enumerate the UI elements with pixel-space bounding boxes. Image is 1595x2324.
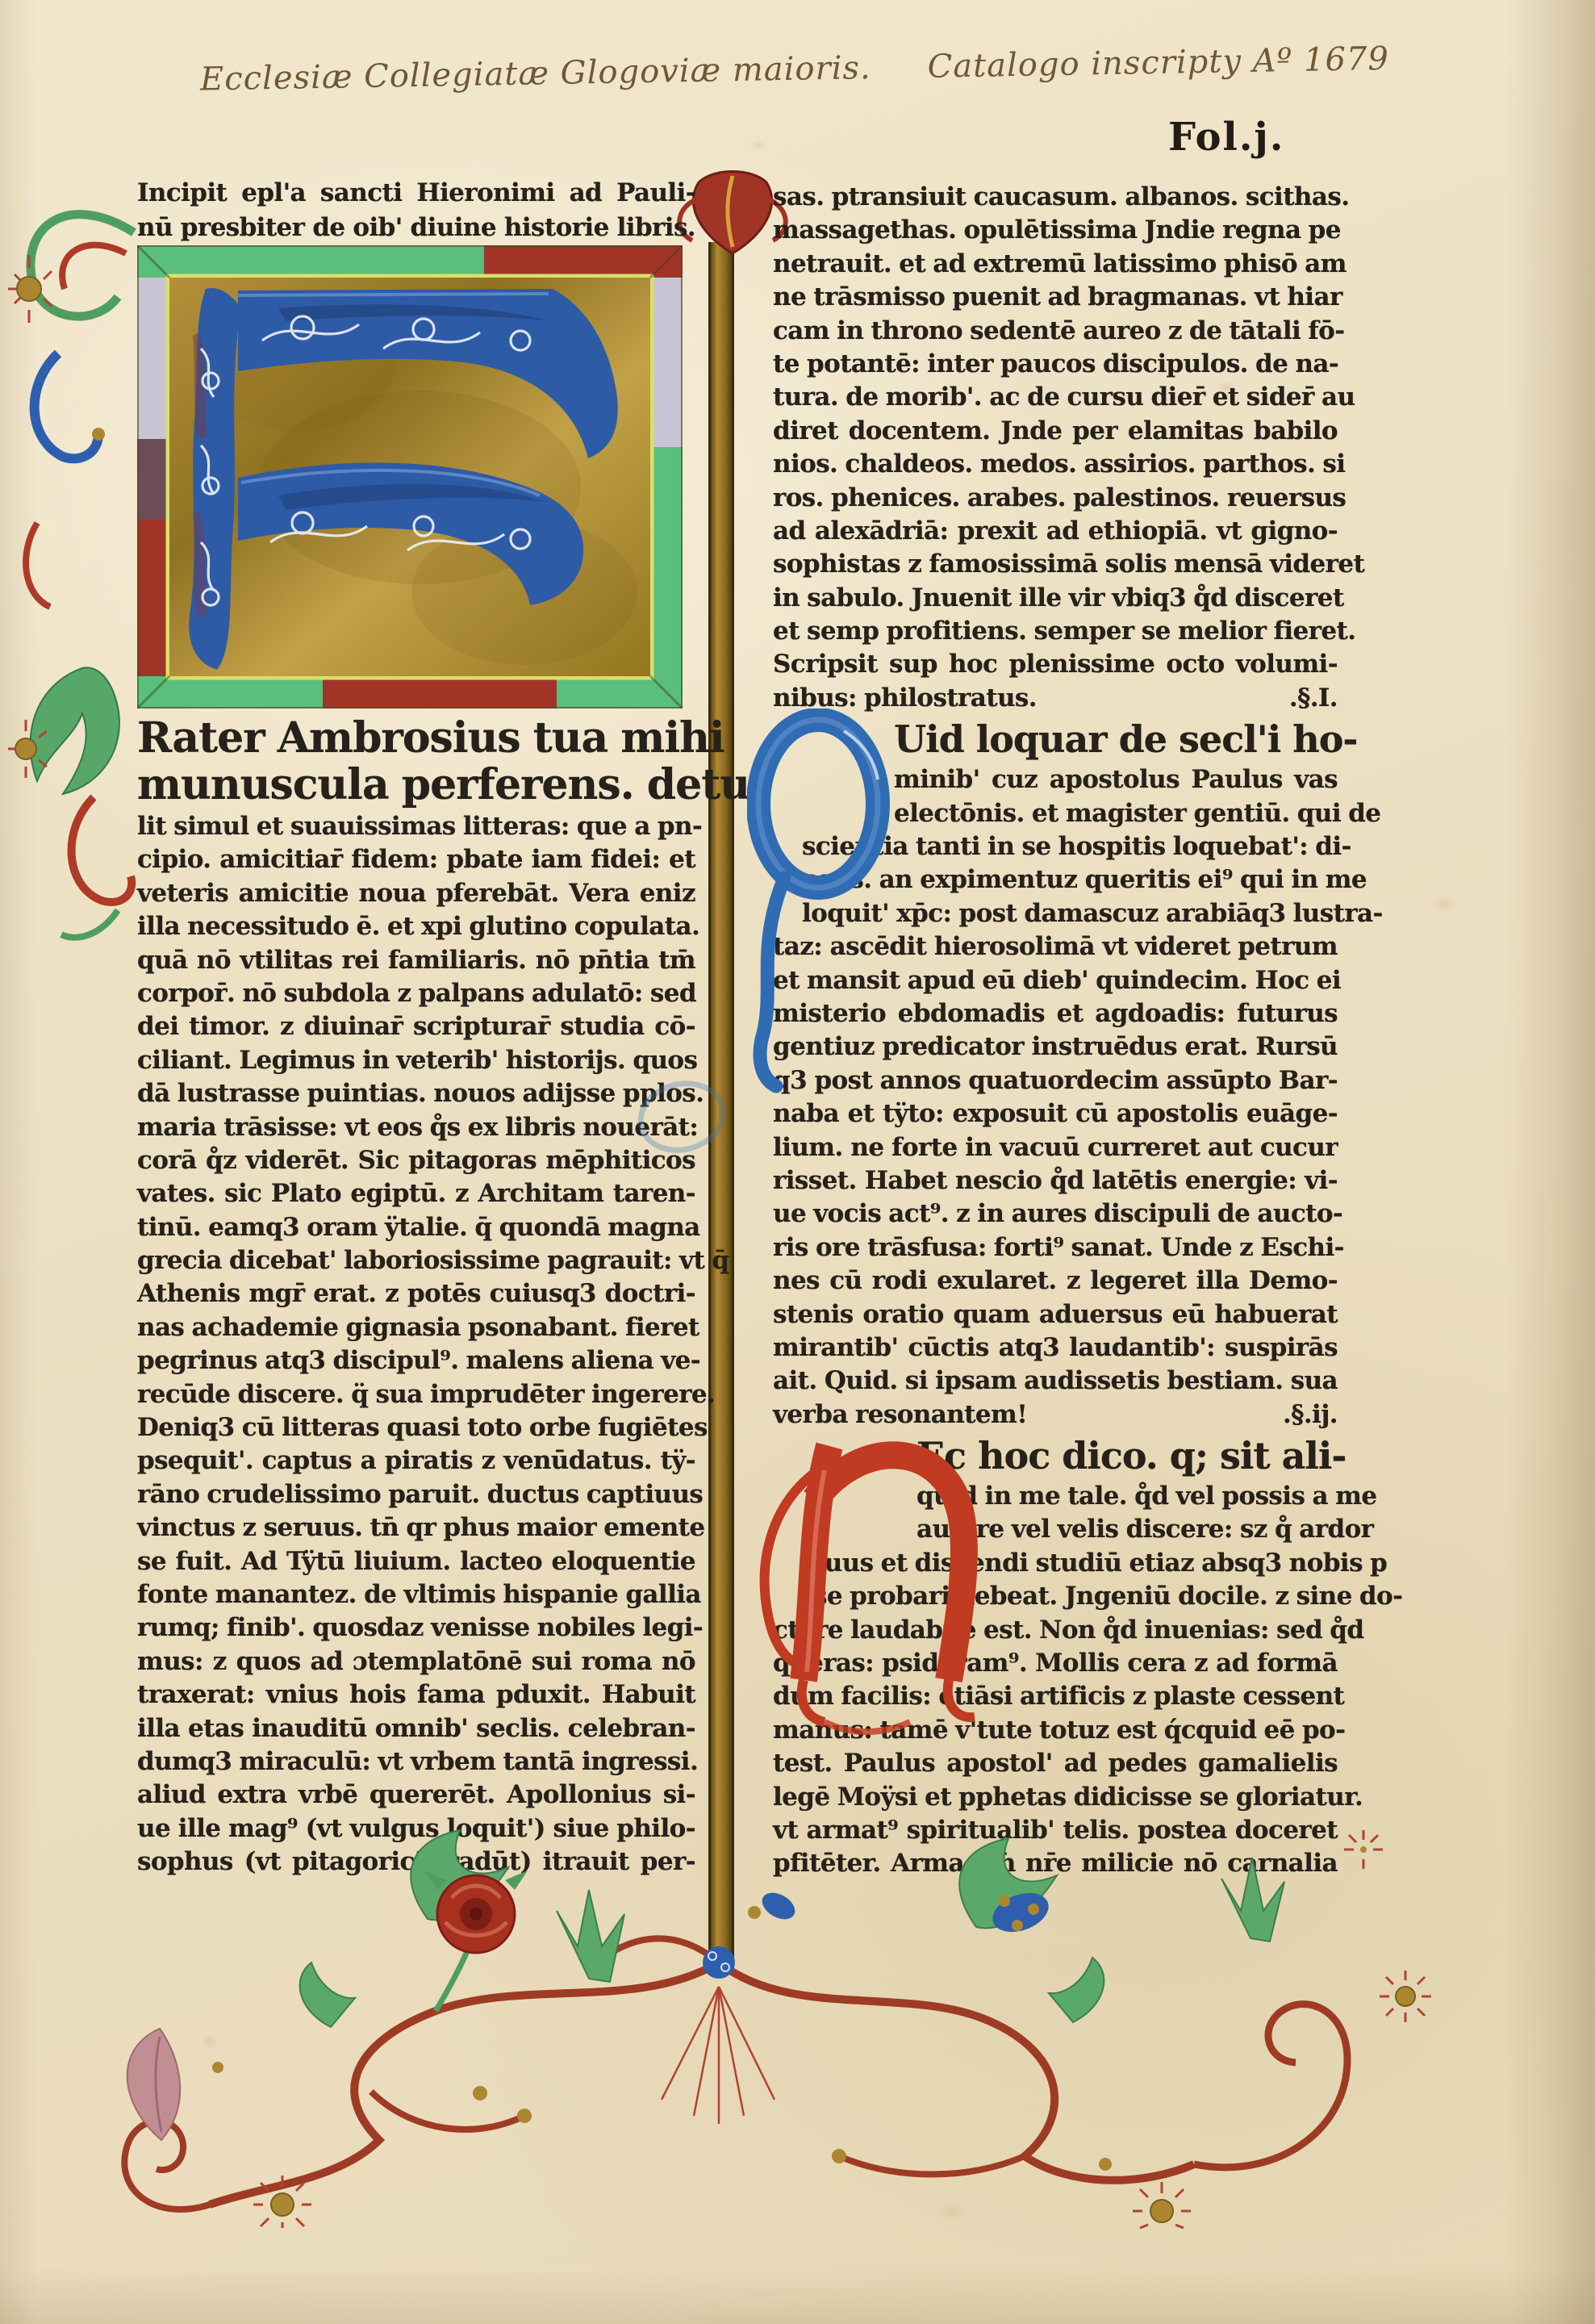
text-line: vates. sic Plato egiptū. z Architam tare… [137, 1177, 695, 1210]
left-text-column: Incipit epl'a sancti Hieronimi ad Pauli-… [137, 176, 695, 1879]
right-text-column: sas. ptransiuit caucasum. albanos. scith… [773, 179, 1338, 1881]
inscription-left: Ecclesiæ Collegiatæ Glogoviæ maioris. [200, 49, 871, 98]
text-line: nes cū rodi exularet. z legeret illa Dem… [773, 1264, 1338, 1298]
illuminated-initial-F [137, 245, 683, 708]
text-line: se fuit. Ad Tÿtū liuium. lacteo eloquent… [137, 1545, 695, 1578]
heading-line: nū presbiter de oib' diuine historie lib… [137, 211, 695, 245]
heading-line: Incipit epl'a sancti Hieronimi ad Pauli- [137, 176, 695, 211]
text-line: pegrinus atq3 discipul⁹. malens aliena v… [137, 1344, 695, 1377]
text-line: netrauit. et ad extremū latissimo phisō … [773, 248, 1338, 281]
text-line: sas. ptransiuit caucasum. albanos. scith… [773, 181, 1338, 214]
text-line: vinctus z seruus. tn̄ qr phus maior emen… [137, 1511, 695, 1544]
text-line: legē Moÿsi et pphetas didicisse se glori… [773, 1781, 1338, 1814]
text-line: ad alexādriā: prexit ad ethiopiā. vt gig… [773, 515, 1338, 548]
text-line: cam in throno sedentē aureo z de tātali … [773, 315, 1338, 348]
text-line: corpor̄. nō subdola z palpans adulatō: s… [137, 977, 695, 1010]
text-line: et semp profitiens. semper se melior fie… [773, 615, 1338, 648]
text-line: nios. chaldeos. medos. assirios. parthos… [773, 448, 1338, 481]
lombard-initial-Q-icon [747, 708, 900, 1096]
page-edge-shading [1506, 0, 1595, 2324]
opening-lines: Rater Ambrosius tua mihimunuscula perfer… [137, 715, 695, 809]
text-line: fonte manantez. de vltimis hispanie gall… [137, 1578, 695, 1611]
text-line: ue vocis act⁹. z in aures discipuli de a… [773, 1198, 1338, 1231]
text-line: naba et tÿto: exposuit cū apostolis euāg… [773, 1097, 1338, 1131]
text-line: tinū. eamq3 oram ÿtalie. q̄ quondā magna [137, 1211, 695, 1244]
text-line: lium. ne forte in vacuū curreret aut cuc… [773, 1131, 1338, 1164]
bottom-floral-border-icon [24, 1825, 1484, 2229]
text-line: psequit'. captus a piratis z venūdatus. … [137, 1444, 695, 1478]
text-line: Scripsit sup hoc plenissime octo volumi- [773, 648, 1338, 681]
gold-ray-ornament [1380, 1971, 1431, 2022]
text-line: nas achademie gignasia psonabant. fieret [137, 1311, 695, 1344]
text-line: lit simul et suauissimas litteras: que a… [137, 810, 695, 843]
text-line: ait. Quid. si ipsam audissetis bestiam. … [773, 1365, 1338, 1398]
text-line: dei timor. z diuinar̄ scripturar̄ studia… [137, 1010, 695, 1043]
page-edge-shading [0, 2268, 1595, 2324]
text-line: corā q̊z viderēt. Sic pitagoras mēphitic… [137, 1144, 695, 1177]
left-body-text: lit simul et suauissimas litteras: que a… [137, 810, 695, 1879]
text-line: stenis oratio quam aduersus eū habuerat [773, 1298, 1338, 1331]
text-line: in sabulo. Jnuenit ille vir vbiq3 q̊d di… [773, 582, 1338, 615]
section-nec-hoc-dico: Ec hoc dico. q; sit ali- quid in me tale… [773, 1432, 1338, 1881]
text-line: veteris amicitie noua pferebāt. Vera eni… [137, 877, 695, 910]
text-line: Deniq3 cū litteras quasi toto orbe fugiē… [137, 1411, 695, 1444]
incipit-heading: Incipit epl'a sancti Hieronimi ad Pauli-… [137, 176, 695, 245]
text-line: sophistas z famosissimā solis mensā vide… [773, 548, 1338, 581]
text-line: ros. phenices. arabes. palestinos. reuer… [773, 482, 1338, 515]
text-line: illa necessitudo ē. et xpi glutino copul… [137, 910, 695, 943]
gold-ray-ornament [1133, 2182, 1191, 2228]
text-line: aliud extra vrbē quererēt. Apollonius si… [137, 1779, 695, 1812]
ownership-inscription: Ecclesiæ Collegiatæ Glogoviæ maioris. Ca… [200, 45, 1088, 98]
text-line: tura. de morib'. ac de cursu dier̄ et si… [773, 381, 1338, 414]
manuscript-page: Ecclesiæ Collegiatæ Glogoviæ maioris. Ca… [0, 0, 1595, 2324]
section-quid-loquar: Uid loquar de secl'i ho- minib' cuz apos… [773, 715, 1338, 1432]
text-line: grecia dicebat' laboriosissime pagrauit:… [137, 1244, 695, 1277]
text-line: rāno crudelissimo paruit. ductus captiuu… [137, 1478, 695, 1511]
text-line: maria trāsisse: vt eos q̊s ex libris nou… [137, 1111, 695, 1144]
text-line: cipio. amicitiar̄ fidem: pbate iam fidei… [137, 843, 695, 876]
text-line: diret docentem. Jnde per elamitas babilo [773, 415, 1338, 448]
text-line: munuscula perferens. detu- [137, 762, 695, 809]
initial-F-icon [137, 245, 683, 708]
text-line: Rater Ambrosius tua mihi [137, 715, 695, 762]
text-line: mirantib' cūctis atq3 laudantib': suspir… [773, 1331, 1338, 1365]
inscription-right: Catalogo inscripty Aº 1679 [927, 40, 1389, 86]
red-starburst-ornament [1344, 1830, 1383, 1869]
text-line: quā nō vtilitas rei familiaris. nō pn̄ti… [137, 944, 695, 977]
folio-number: Fol.j. [1168, 115, 1285, 160]
text-line: ciliant. Legimus in veterib' historijs. … [137, 1044, 695, 1077]
text-line: illa etas inauditū omnib' seclis. celebr… [137, 1712, 695, 1745]
text-line: ne trāsmisso puenit ad bragmanas. vt hia… [773, 281, 1338, 314]
text-line: mus: z quos ad ɔtemplatōnē sui roma nō [137, 1645, 695, 1678]
text-line: te potantē: inter paucos discipulos. de … [773, 348, 1338, 381]
lombard-initial-N-icon [741, 1422, 999, 1761]
text-line: dā lustrasse puintias. nouos adijsse ppl… [137, 1077, 695, 1110]
text-line: Athenis mgr̄ erat. z potēs cuiusq3 doctr… [137, 1277, 695, 1310]
text-line: massagethas. opulētissima Jndie regna pe [773, 214, 1338, 247]
page-edge-shading [0, 0, 37, 2324]
text-line: ris ore trāsfusa: forti⁹ sanat. Unde z E… [773, 1231, 1338, 1264]
text-line: recūde discere. q̈ sua imprudēter ingere… [137, 1378, 695, 1411]
text-line: dumq3 miraculū: vt vrbem tantā ingressi. [137, 1745, 695, 1779]
text-line: traxerat: vnius hois fama pduxit. Habuit [137, 1678, 695, 1712]
text-line: risset. Habet nescio q̊d latētis energie… [773, 1164, 1338, 1198]
text-line: rumq; finib'. quosdaz venisse nobiles le… [137, 1611, 695, 1645]
gold-ray-ornament [253, 2176, 311, 2228]
right-body-part1: sas. ptransiuit caucasum. albanos. scith… [773, 181, 1338, 715]
